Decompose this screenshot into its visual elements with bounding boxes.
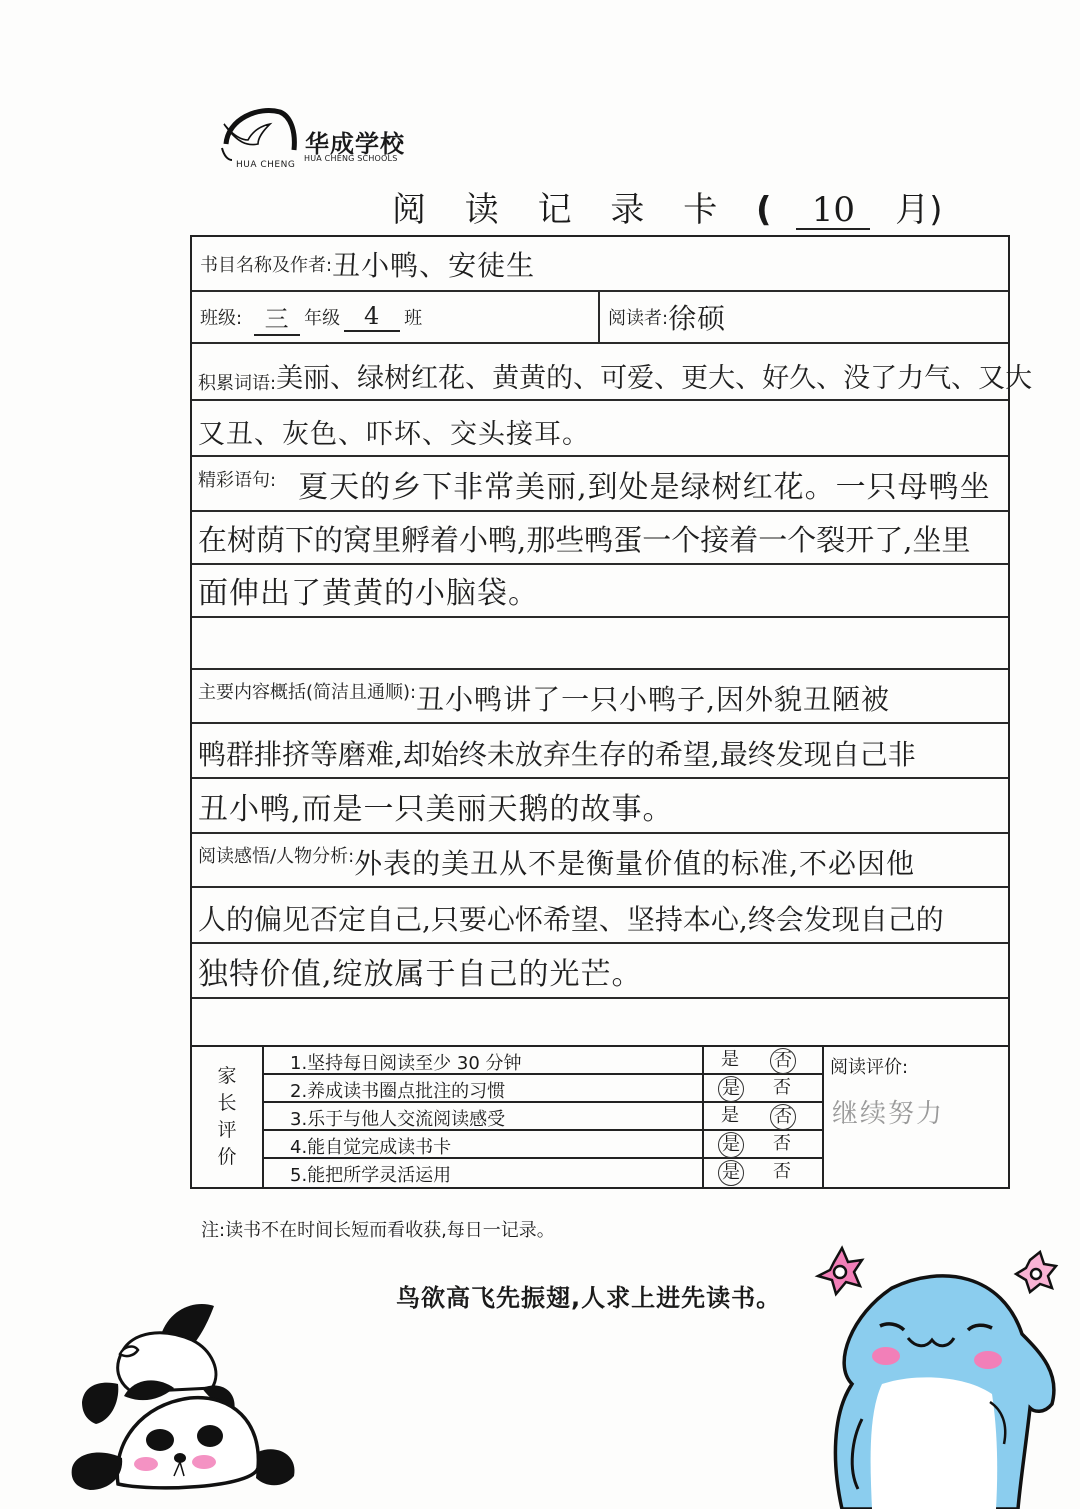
logo-caption: HUA CHENG (236, 160, 295, 170)
vocabulary-row-1[interactable]: 积累词语: 美丽、绿树红花、黄黄的、可爱、更大、好久、没了力气、又大 (192, 344, 1008, 401)
title-month-suffix: 月) (895, 190, 942, 230)
reader-field[interactable]: 徐硕 (668, 297, 726, 337)
month-field[interactable]: 10 (796, 192, 870, 230)
rating-label: 阅读评价: (830, 1053, 908, 1079)
excerpt-row-4[interactable] (192, 618, 1008, 670)
reflection-line: 独特价值,绽放属于自己的光芒。 (198, 949, 643, 993)
reading-rating-cell: 阅读评价: 继续努力 (824, 1047, 1010, 1187)
eval-question: 2.养成读书圈点批注的习惯 (290, 1077, 505, 1103)
eval-question: 3.乐于与他人交流阅读感受 (290, 1105, 505, 1131)
summary-line: 鸭群排挤等磨难,却始终未放弃生存的希望,最终发现自己非 (198, 733, 916, 773)
parent-eval-items: 1.坚持每日阅读至少 30 分钟 是 否 2.养成读书圈点批注的习惯 是 否 3… (262, 1047, 824, 1187)
reflection-row-2[interactable]: 人的偏见否定自己,只要心怀希望、坚持本心,终会发现自己的 (192, 888, 1008, 944)
eval-question: 1.坚持每日阅读至少 30 分钟 (290, 1049, 522, 1075)
grade-field[interactable]: 三 (254, 299, 300, 336)
eval-option-yes-selected[interactable]: 是 (718, 1076, 744, 1102)
book-cell[interactable]: 书目名称及作者: 丑小鸭、安徒生 (192, 237, 535, 290)
reader-label: 阅读者: (608, 304, 668, 330)
side-char: 家 (217, 1063, 236, 1090)
reflection-row-3[interactable]: 独特价值,绽放属于自己的光芒。 (192, 944, 1008, 999)
vocabulary-label: 积累词语: (198, 369, 276, 395)
excerpt-line: 面伸出了黄黄的小脑袋。 (198, 568, 539, 612)
excerpt-line: 夏天的乡下非常美丽,到处是绿树红花。一只母鸭坐 (298, 462, 991, 506)
summary-line: 丑小鸭讲了一只小鸭子,因外貌丑陋被 (416, 678, 890, 718)
reflection-label: 阅读感悟/人物分析: (198, 842, 354, 868)
class-suffix: 班 (404, 304, 422, 330)
footnote: 注:读书不在时间长短而看收获,每日一记录。 (201, 1216, 555, 1242)
page-title: 阅 读 记 录 卡 ( 10 月) (392, 182, 942, 231)
eval-option-no[interactable]: 否 (770, 1132, 794, 1156)
summary-label: 主要内容概括(简洁且通顺): (198, 678, 416, 704)
reader-cell: 阅读者: 徐硕 (600, 292, 726, 342)
eval-question: 4.能自觉完成读书卡 (290, 1133, 451, 1159)
excerpt-row-2[interactable]: 在树荫下的窝里孵着小鸭,那些鸭蛋一个接着一个裂开了,坐里 (192, 512, 1008, 565)
eval-option-no[interactable]: 否 (770, 1076, 794, 1100)
summary-row-2[interactable]: 鸭群排挤等磨难,却始终未放弃生存的希望,最终发现自己非 (192, 724, 1008, 779)
side-char: 价 (217, 1144, 236, 1171)
eval-option-yes[interactable]: 是 (718, 1104, 742, 1128)
reflection-row-1[interactable]: 阅读感悟/人物分析: 外表的美丑从不是衡量价值的标准,不必因他 (192, 834, 1008, 888)
side-char: 长 (217, 1090, 236, 1117)
eval-item: 5.能把所学灵活运用 是 否 (262, 1159, 822, 1187)
reflection-line: 人的偏见否定自己,只要心怀希望、坚持本心,终会发现自己的 (198, 898, 944, 938)
class-cell: 班级: 三 年级 4 班 (192, 292, 422, 342)
summary-row-3[interactable]: 丑小鸭,而是一只美丽天鹅的故事。 (192, 779, 1008, 834)
excerpt-row-1[interactable]: 精彩语句: 夏天的乡下非常美丽,到处是绿树红花。一只母鸭坐 (192, 457, 1008, 512)
eval-option-yes-selected[interactable]: 是 (718, 1132, 744, 1158)
summary-row-1[interactable]: 主要内容概括(简洁且通顺): 丑小鸭讲了一只小鸭子,因外貌丑陋被 (192, 670, 1008, 724)
motto: 鸟欲高飞先振翅,人求上进先读书。 (396, 1278, 781, 1313)
rating-value[interactable]: 继续努力 (832, 1093, 944, 1130)
eval-option-yes-selected[interactable]: 是 (718, 1160, 744, 1186)
school-name-en: HUA CHENG SCHOOLS (304, 154, 397, 163)
reflection-line: 外表的美丑从不是衡量价值的标准,不必因他 (354, 842, 915, 882)
reading-record-card: 书目名称及作者: 丑小鸭、安徒生 班级: 三 年级 4 班 阅读者: 徐硕 积累… (190, 235, 1010, 1045)
eval-item: 2.养成读书圈点批注的习惯 是 否 (262, 1075, 822, 1103)
vocabulary-line: 美丽、绿树红花、黄黄的、可爱、更大、好久、没了力气、又大 (276, 356, 1032, 395)
vocabulary-line: 又丑、灰色、吓坏、交头接耳。 (198, 412, 590, 451)
eval-item: 1.坚持每日阅读至少 30 分钟 是 否 (262, 1047, 822, 1075)
grade-suffix: 年级 (304, 304, 340, 330)
parent-evaluation-table: 家 长 评 价 1.坚持每日阅读至少 30 分钟 是 否 2.养成读书圈点批注的… (190, 1045, 1010, 1189)
vocabulary-row-2[interactable]: 又丑、灰色、吓坏、交头接耳。 (192, 401, 1008, 457)
class-label: 班级: (200, 304, 242, 330)
excerpt-label: 精彩语句: (198, 466, 276, 492)
flower-icon (1016, 1252, 1056, 1292)
eval-option-no-selected[interactable]: 否 (770, 1048, 796, 1074)
panda-doodle-icon (62, 1292, 312, 1509)
summary-line: 丑小鸭,而是一只美丽天鹅的故事。 (198, 784, 674, 828)
eval-item: 3.乐于与他人交流阅读感受 是 否 (262, 1103, 822, 1131)
class-row: 班级: 三 年级 4 班 阅读者: 徐硕 (192, 292, 1008, 344)
eval-item: 4.能自觉完成读书卡 是 否 (262, 1131, 822, 1159)
book-value[interactable]: 丑小鸭、安徒生 (332, 244, 535, 284)
eval-option-yes[interactable]: 是 (718, 1048, 742, 1072)
side-char: 评 (217, 1117, 236, 1144)
reflection-row-4[interactable] (192, 999, 1008, 1047)
flower-icon (818, 1248, 862, 1294)
eval-option-no-selected[interactable]: 否 (770, 1104, 796, 1130)
excerpt-row-3[interactable]: 面伸出了黄黄的小脑袋。 (192, 565, 1008, 618)
book-row: 书目名称及作者: 丑小鸭、安徒生 (192, 237, 1008, 292)
book-label: 书目名称及作者: (200, 251, 332, 277)
eval-question: 5.能把所学灵活运用 (290, 1161, 451, 1187)
eval-option-no[interactable]: 否 (770, 1160, 794, 1184)
title-text: 阅 读 记 录 卡 (392, 190, 731, 230)
parent-eval-side-label: 家 长 评 价 (192, 1047, 264, 1187)
excerpt-line: 在树荫下的窝里孵着小鸭,那些鸭蛋一个接着一个裂开了,坐里 (198, 518, 970, 559)
title-open-paren: ( (756, 190, 772, 230)
class-number-field[interactable]: 4 (344, 302, 400, 332)
dolphin-doodle-icon (812, 1244, 1080, 1509)
